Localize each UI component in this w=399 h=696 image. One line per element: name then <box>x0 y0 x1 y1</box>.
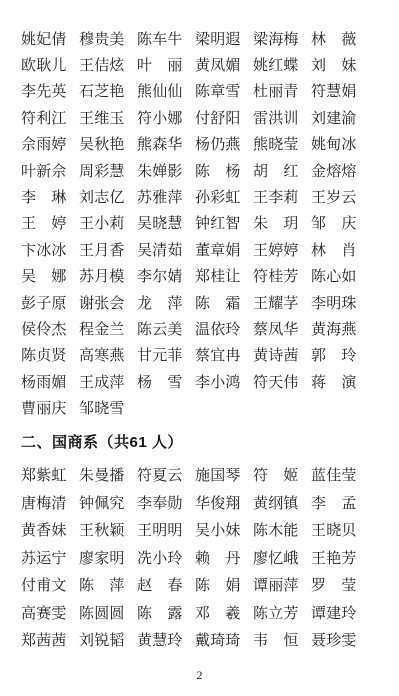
name-cell: 王成萍 <box>79 376 125 391</box>
name-cell: 谭建玲 <box>311 607 357 622</box>
name-cell: 黄慧玲 <box>137 634 183 649</box>
name-cell: 程金兰 <box>79 323 125 338</box>
section-1: 姚妃倩穆贵美陈车牛梁明遐梁海梅林 薇欧耿儿王佶炫叶 丽黄凤媚姚红蝶刘 妹李先英石… <box>21 27 381 423</box>
name-cell: 罗 莹 <box>311 579 357 594</box>
name-row: 卞冰冰王月香吴清茹董章娟王婷婷林 肖 <box>21 238 381 264</box>
name-cell: 李奉勋 <box>137 497 183 512</box>
name-row: 彭子原谢张会龙 萍陈 霜王耀芓李明珠 <box>21 291 381 317</box>
name-cell: 蓝佳莹 <box>311 469 357 484</box>
name-cell: 卞冰冰 <box>21 244 67 259</box>
name-cell: 刘 妹 <box>311 59 357 74</box>
name-cell: 廖家明 <box>79 552 125 567</box>
name-cell: 王婷婷 <box>253 244 299 259</box>
name-cell: 唐梅清 <box>21 497 67 512</box>
name-row: 符利江王维玉符小娜付舒阳雷洪训刘建渝 <box>21 106 381 132</box>
name-cell: 蔡宜冉 <box>195 349 241 364</box>
name-row: 王 婷王小莉吴晓慧钟红智朱 玥邹 庆 <box>21 212 381 238</box>
name-cell: 赖 丹 <box>195 552 241 567</box>
name-cell: 吴小妹 <box>195 524 241 539</box>
name-row: 李先英石芝艳熊仙仙陈章雪杜丽青符慧娟 <box>21 80 381 106</box>
name-cell: 符 姬 <box>253 469 299 484</box>
name-cell: 王 婷 <box>21 217 67 232</box>
name-cell: 王佶炫 <box>79 59 125 74</box>
name-row: 姚妃倩穆贵美陈车牛梁明遐梁海梅林 薇 <box>21 27 381 53</box>
name-cell: 温依玲 <box>195 323 241 338</box>
name-cell: 陈 娟 <box>195 579 241 594</box>
name-cell: 刘志亿 <box>79 191 125 206</box>
name-cell: 邓 羲 <box>195 607 241 622</box>
name-cell: 吴 娜 <box>21 270 67 285</box>
name-row: 李 琳刘志亿苏雅萍孙彩虹王李莉王岁云 <box>21 185 381 211</box>
name-cell: 石芝艳 <box>79 85 125 100</box>
name-row: 佘雨婷吴秋艳熊森华杨仍燕熊晓莹姚甸冰 <box>21 133 381 159</box>
name-row: 杨雨媚王成萍杨 雪李小鸿符天伟蒋 演 <box>21 370 381 396</box>
name-cell: 符小娜 <box>137 112 183 127</box>
name-cell: 王维玉 <box>79 112 125 127</box>
name-row: 高赛雯陈圆圆陈 露邓 羲陈立芳谭建玲 <box>21 600 381 628</box>
name-cell: 杨 雪 <box>137 376 183 391</box>
name-row: 郑紫虹朱曼播符夏云施国琴符 姬蓝佳莹 <box>21 463 381 491</box>
name-cell: 苏月模 <box>79 270 125 285</box>
name-row: 黄香妹王秋颖王明明吴小妹陈木能王晓贝 <box>21 518 381 546</box>
name-row: 曹丽庆邹晓雪 <box>21 396 381 422</box>
name-cell: 林 薇 <box>311 33 357 48</box>
name-cell: 陈立芳 <box>253 607 299 622</box>
name-cell: 符夏云 <box>137 469 183 484</box>
name-row: 苏运宁廖家明冼小玲赖 丹廖忆峨王艳芳 <box>21 545 381 573</box>
name-cell: 龙 萍 <box>137 297 183 312</box>
name-cell: 廖忆峨 <box>253 552 299 567</box>
section-header: 二、国商系（共61 人） <box>21 430 381 456</box>
name-cell: 聂珍雯 <box>311 634 357 649</box>
section-2: 二、国商系（共61 人）郑紫虹朱曼播符夏云施国琴符 姬蓝佳莹唐梅清钟佩究李奉勋华… <box>21 430 381 656</box>
name-cell: 黄海燕 <box>311 323 357 338</box>
name-cell: 曹丽庆 <box>21 402 67 417</box>
name-cell: 韦 恒 <box>253 634 299 649</box>
name-cell: 钟红智 <box>195 217 241 232</box>
name-cell: 陈 霜 <box>195 297 241 312</box>
name-cell: 王艳芳 <box>311 552 357 567</box>
name-cell: 姚红蝶 <box>253 59 299 74</box>
name-cell: 陈云美 <box>137 323 183 338</box>
name-cell: 李先英 <box>21 85 67 100</box>
name-cell: 蔡凤华 <box>253 323 299 338</box>
name-cell: 郭 玲 <box>311 349 357 364</box>
name-cell: 戴琦琦 <box>195 634 241 649</box>
name-cell: 苏雅萍 <box>137 191 183 206</box>
name-cell: 熊晓莹 <box>253 138 299 153</box>
name-cell: 黄凤媚 <box>195 59 241 74</box>
name-cell: 赵 春 <box>137 579 183 594</box>
name-row: 郑茜茜刘锐韬黄慧玲戴琦琦韦 恒聂珍雯 <box>21 628 381 656</box>
name-cell: 杜丽青 <box>253 85 299 100</box>
name-cell: 王李莉 <box>253 191 299 206</box>
name-cell: 王小莉 <box>79 217 125 232</box>
name-cell: 钟佩究 <box>79 497 125 512</box>
name-cell: 梁海梅 <box>253 33 299 48</box>
name-cell: 金熔熔 <box>311 165 357 180</box>
name-cell: 王耀芓 <box>253 297 299 312</box>
name-cell: 刘建渝 <box>311 112 357 127</box>
name-cell: 邹晓雪 <box>79 402 125 417</box>
name-cell: 符桂芳 <box>253 270 299 285</box>
name-cell: 李小鸿 <box>195 376 241 391</box>
name-cell: 吴秋艳 <box>79 138 125 153</box>
name-cell: 陈心如 <box>311 270 357 285</box>
name-cell: 苏运宁 <box>21 552 67 567</box>
name-cell: 王月香 <box>79 244 125 259</box>
name-cell: 李明珠 <box>311 297 357 312</box>
name-cell: 彭子原 <box>21 297 67 312</box>
name-row: 欧耿儿王佶炫叶 丽黄凤媚姚红蝶刘 妹 <box>21 53 381 79</box>
name-cell: 雷洪训 <box>253 112 299 127</box>
name-cell: 朱 玥 <box>253 217 299 232</box>
name-cell: 刘锐韬 <box>79 634 125 649</box>
name-row: 付甫文陈 萍赵 春陈 娟谭丽萍罗 莹 <box>21 573 381 601</box>
name-cell: 陈章雪 <box>195 85 241 100</box>
name-cell: 王秋颖 <box>79 524 125 539</box>
name-cell: 李 孟 <box>311 497 357 512</box>
name-cell: 郑茜茜 <box>21 634 67 649</box>
name-grid: 姚妃倩穆贵美陈车牛梁明遐梁海梅林 薇欧耿儿王佶炫叶 丽黄凤媚姚红蝶刘 妹李先英石… <box>21 27 381 655</box>
name-cell: 邹 庆 <box>311 217 357 232</box>
name-row: 侯伶杰程金兰陈云美温依玲蔡凤华黄海燕 <box>21 317 381 343</box>
name-cell: 李 琳 <box>21 191 67 206</box>
name-cell: 高赛雯 <box>21 607 67 622</box>
name-cell: 朱曼播 <box>79 469 125 484</box>
name-cell: 梁明遐 <box>195 33 241 48</box>
name-cell: 黄诗茜 <box>253 349 299 364</box>
name-cell: 甘元菲 <box>137 349 183 364</box>
name-cell: 郑紫虹 <box>21 469 67 484</box>
document-page: 姚妃倩穆贵美陈车牛梁明遐梁海梅林 薇欧耿儿王佶炫叶 丽黄凤媚姚红蝶刘 妹李先英石… <box>0 0 399 696</box>
name-cell: 孙彩虹 <box>195 191 241 206</box>
name-cell: 熊仙仙 <box>137 85 183 100</box>
name-cell: 李尔婧 <box>137 270 183 285</box>
name-row: 陈贞贤高寒燕甘元菲蔡宜冉黄诗茜郭 玲 <box>21 344 381 370</box>
name-cell: 符利江 <box>21 112 67 127</box>
name-cell: 姚妃倩 <box>21 33 67 48</box>
name-cell: 陈车牛 <box>137 33 183 48</box>
name-cell: 谭丽萍 <box>253 579 299 594</box>
name-cell: 黄香妹 <box>21 524 67 539</box>
name-cell: 高寒燕 <box>79 349 125 364</box>
name-cell: 付甫文 <box>21 579 67 594</box>
name-cell: 朱婵影 <box>137 165 183 180</box>
name-row: 叶新佘周彩慧朱婵影陈 杨胡 红金熔熔 <box>21 159 381 185</box>
name-cell: 王岁云 <box>311 191 357 206</box>
name-cell: 付舒阳 <box>195 112 241 127</box>
name-cell: 王晓贝 <box>311 524 357 539</box>
name-cell: 穆贵美 <box>79 33 125 48</box>
name-cell: 陈 萍 <box>79 579 125 594</box>
name-cell: 华俊翔 <box>195 497 241 512</box>
name-cell: 叶新佘 <box>21 165 67 180</box>
name-cell: 黄纲镇 <box>253 497 299 512</box>
name-cell: 郑桂让 <box>195 270 241 285</box>
name-cell: 符慧娟 <box>311 85 357 100</box>
name-cell: 熊森华 <box>137 138 183 153</box>
name-cell: 董章娟 <box>195 244 241 259</box>
name-cell: 陈 杨 <box>195 165 241 180</box>
name-cell: 欧耿儿 <box>21 59 67 74</box>
name-cell: 陈贞贤 <box>21 349 67 364</box>
name-cell: 杨仍燕 <box>195 138 241 153</box>
name-cell: 陈 露 <box>137 607 183 622</box>
name-cell: 吴晓慧 <box>137 217 183 232</box>
page-number: 2 <box>0 668 399 683</box>
name-cell: 施国琴 <box>195 469 241 484</box>
name-cell: 陈木能 <box>253 524 299 539</box>
name-cell: 林 肖 <box>311 244 357 259</box>
name-cell: 王明明 <box>137 524 183 539</box>
name-cell: 冼小玲 <box>137 552 183 567</box>
name-cell: 胡 红 <box>253 165 299 180</box>
name-cell: 姚甸冰 <box>311 138 357 153</box>
name-cell: 谢张会 <box>79 297 125 312</box>
name-cell: 叶 丽 <box>137 59 183 74</box>
name-cell: 符天伟 <box>253 376 299 391</box>
name-cell: 杨雨媚 <box>21 376 67 391</box>
name-row: 唐梅清钟佩究李奉勋华俊翔黄纲镇李 孟 <box>21 490 381 518</box>
name-cell: 吴清茹 <box>137 244 183 259</box>
name-row: 吴 娜苏月模李尔婧郑桂让符桂芳陈心如 <box>21 265 381 291</box>
name-cell: 蒋 演 <box>311 376 357 391</box>
name-cell: 侯伶杰 <box>21 323 67 338</box>
name-cell: 佘雨婷 <box>21 138 67 153</box>
name-cell: 周彩慧 <box>79 165 125 180</box>
name-cell: 陈圆圆 <box>79 607 125 622</box>
